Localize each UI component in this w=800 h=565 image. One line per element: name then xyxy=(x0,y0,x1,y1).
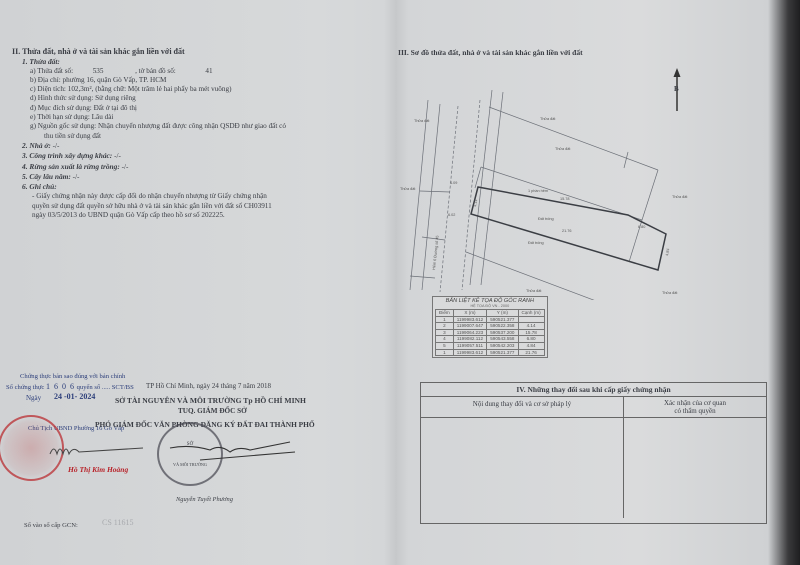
dim-6-02: 6.02 xyxy=(448,213,455,217)
certifier-name: Hồ Thị Kim Hoàng xyxy=(68,465,128,474)
coord-cell: 1 xyxy=(436,349,454,356)
left-page: II. Thửa đất, nhà ở và tài sản khác gắn … xyxy=(12,47,286,220)
label-neighbor-6: Thửa đất xyxy=(526,289,542,293)
coord-cell: 1199007.647 xyxy=(453,323,486,330)
label-neighbor-4: Thửa đất xyxy=(400,187,416,191)
coord-cell: 4.14 xyxy=(518,323,544,330)
map-sheet-value: 41 xyxy=(205,67,212,75)
area: c) Diện tích: 102,3m², (bằng chữ: Một tr… xyxy=(12,85,286,94)
section4-col-confirm: Xác nhận của cơ quan có thẩm quyền xyxy=(624,397,766,417)
certified-copy-line1: Chứng thực bản sao đúng với bản chính xyxy=(20,372,125,381)
label-partial-alley: 1 phần hẻm xyxy=(528,189,548,193)
dim-4-14: 4.14 xyxy=(473,199,478,207)
coord-cell: 4 xyxy=(436,336,454,343)
coord-row: 51199057.511590542.2034.84 xyxy=(436,342,545,349)
usage-origin: g) Nguồn gốc sử dụng: Nhận chuyển nhượng… xyxy=(12,122,286,131)
section4-body xyxy=(421,417,766,518)
section4-changes-table: IV. Những thay đổi sau khi cấp giấy chứn… xyxy=(420,382,767,524)
coord-cell: 590542.203 xyxy=(487,342,518,349)
parcel-diagram: Thửa đất Thửa đất Thửa đất Thửa đất Thửa… xyxy=(400,80,700,300)
coord-cell: 4.84 xyxy=(518,342,544,349)
item-forest: 4. Rừng sản xuất là rừng trồng: -/- xyxy=(12,162,286,172)
label-road: Hẻm 6 Đường số 45 xyxy=(432,235,440,270)
note-line-1: - Giấy chứng nhận này được cấp đổi do nh… xyxy=(12,192,286,201)
usage-term: e) Thời hạn sử dụng: Lâu dài xyxy=(12,113,286,122)
dim-15-78: 15.78 xyxy=(560,197,570,201)
coord-cell: 590521.377 xyxy=(487,316,518,323)
label-neighbor-7: Thửa đất xyxy=(662,291,678,295)
coord-cell: 1199983.612 xyxy=(453,349,486,356)
section4-title: IV. Những thay đổi sau khi cấp giấy chứn… xyxy=(421,383,766,397)
certified-copy-date: 24 -01- 2024 xyxy=(54,392,95,401)
label-land-1: Đất trống xyxy=(538,217,554,221)
item-notes: 6. Ghi chú: xyxy=(12,182,286,192)
usage-purpose: đ) Mục đích sử dụng: Đất ở tại đô thị xyxy=(12,104,286,113)
section4-col-content: Nội dung thay đổi và cơ sở pháp lý xyxy=(421,397,624,417)
dim-21-76: 21.76 xyxy=(562,229,572,233)
parcel-number-label: a) Thửa đất số: xyxy=(30,67,73,75)
coord-cell: 3 xyxy=(436,329,454,336)
official-signature-icon xyxy=(160,438,300,464)
item-perennial: 5. Cây lâu năm: -/- xyxy=(12,172,286,182)
section2-title: II. Thửa đất, nhà ở và tài sản khác gắn … xyxy=(12,47,286,56)
certified-copy-date-label: Ngày xyxy=(26,394,41,403)
coord-cell: 5 xyxy=(436,342,454,349)
coord-cell: 1199983.612 xyxy=(453,316,486,323)
item-construction: 3. Công trình xây dựng khác: -/- xyxy=(12,151,286,161)
coord-row: 11199983.612590521.377 xyxy=(436,316,545,323)
coord-cell: 6.80 xyxy=(518,336,544,343)
col-x: X (m) xyxy=(453,310,486,317)
certificate-spread: II. Thửa đất, nhà ở và tài sản khác gắn … xyxy=(0,0,800,565)
coord-cell: 1 xyxy=(436,316,454,323)
item-house: 2. Nhà ở: -/- xyxy=(12,141,286,151)
coord-row: 31199064.223590537.20015.78 xyxy=(436,329,545,336)
issuing-agency: SỞ TÀI NGUYÊN VÀ MÔI TRƯỜNG Tp HỒ CHÍ MI… xyxy=(115,396,306,405)
section3-title: III. Sơ đồ thửa đất, nhà ở và tài sản kh… xyxy=(398,48,583,57)
address: b) Địa chỉ: phường 16, quận Gò Vấp, TP. … xyxy=(12,76,286,85)
col-y: Y (m) xyxy=(487,310,518,317)
coord-cell: 2 xyxy=(436,323,454,330)
official-signer-name: Nguyễn Tuyết Phương xyxy=(176,495,233,504)
dim-4-84: 4.84 xyxy=(665,248,670,256)
map-sheet-label: , tờ bản đồ số: xyxy=(135,67,176,75)
coord-row: 11199983.612590521.37721.76 xyxy=(436,349,545,356)
parcel-number-value: 535 xyxy=(93,67,104,75)
coord-cell: 1199064.223 xyxy=(453,329,486,336)
coord-cell: 15.78 xyxy=(518,329,544,336)
label-land-2: Đất trống xyxy=(528,241,544,245)
red-signature-icon xyxy=(48,440,148,460)
col-point: Điểm xyxy=(436,310,454,317)
usage-form: d) Hình thức sử dụng: Sử dụng riêng xyxy=(12,94,286,103)
coord-cell: 590521.377 xyxy=(487,349,518,356)
coordinate-table: Điểm X (m) Y (m) Cạnh (m) 11199983.61259… xyxy=(435,309,545,356)
note-line-3: ngày 03/5/2013 do UBND quận Gò Vấp cấp t… xyxy=(12,211,286,220)
dim-4-09: 4.09 xyxy=(450,181,457,185)
parcel-heading: 1. Thửa đất: xyxy=(12,57,286,66)
label-neighbor-5: Thửa đất xyxy=(672,195,688,199)
coord-cell: 21.76 xyxy=(518,349,544,356)
coord-table-subtitle: HỆ TỌA ĐỘ VN - 2000 xyxy=(435,304,545,308)
usage-origin-cont: thu tiền sử dụng đất xyxy=(12,132,286,141)
section4-headers: Nội dung thay đổi và cơ sở pháp lý Xác n… xyxy=(421,397,766,417)
issue-place-date: TP Hồ Chí Minh, ngày 24 tháng 7 năm 2018 xyxy=(146,382,271,391)
label-neighbor-3: Thửa đất xyxy=(555,147,571,151)
section4-content-cell xyxy=(421,418,624,518)
section4-confirm-cell xyxy=(624,418,766,518)
register-label: Số vào sổ cấp GCN: xyxy=(24,521,78,530)
tuq-director: TUQ. GIÁM ĐỐC SỞ xyxy=(178,407,247,416)
coord-cell: 1199082.112 xyxy=(453,336,486,343)
col-edge: Cạnh (m) xyxy=(518,310,544,317)
register-value: CS 11615 xyxy=(102,518,134,527)
coord-cell: 590543.558 xyxy=(487,336,518,343)
coord-cell: 1199057.511 xyxy=(453,342,486,349)
coord-cell: 590537.200 xyxy=(487,329,518,336)
certified-copy-line2: Số chứng thực 1 6 0 6 quyển số ..... SCT… xyxy=(6,382,134,392)
coord-row: 41199082.112590543.5586.80 xyxy=(436,336,545,343)
coord-row: 21199007.647590522.3584.14 xyxy=(436,323,545,330)
coordinate-table-box: BẢN LIỆT KÊ TỌA ĐỘ GÓC RANH HỆ TỌA ĐỘ VN… xyxy=(432,296,548,358)
coord-cell xyxy=(518,316,544,323)
parcel-number-line: a) Thửa đất số: 535 , tờ bản đồ số: 41 xyxy=(12,67,286,76)
label-neighbor-2: Thửa đất xyxy=(540,117,556,121)
label-neighbor-1: Thửa đất xyxy=(414,119,430,123)
coord-cell: 590522.358 xyxy=(487,323,518,330)
dim-6-80: 6.80 xyxy=(638,225,645,229)
note-line-2: quyền sử dụng đất quyền sở hữu nhà ở và … xyxy=(12,202,286,211)
